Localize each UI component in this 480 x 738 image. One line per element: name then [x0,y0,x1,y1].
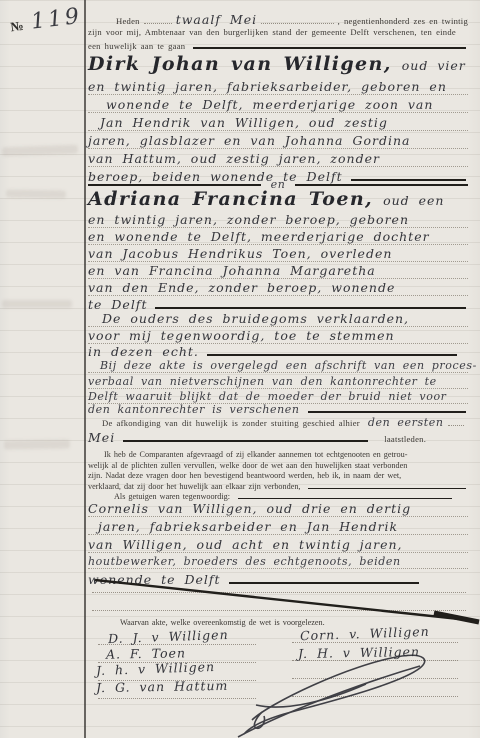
consent-line: in dezen echt. [88,344,468,359]
witness-line: jaren, fabrieksarbeider en Jan Hendrik [88,519,468,535]
bride-name-suffix: oud een [383,193,444,208]
text: van Willigen, oud acht en twintig jaren, [88,537,403,552]
text: in dezen echt. [88,344,199,359]
signature-text: J. h. v Willigen [96,659,216,678]
printed-text: Als getuigen waren tegenwoordig: [114,492,230,501]
consent-line: De ouders des bruidegoms verklaarden, [88,311,468,327]
text: verbaal van nietverschijnen van den kant… [88,375,437,388]
ink-rule [295,184,468,186]
signature-bride: A. F. Toen [106,645,186,661]
text: Cornelis van Willigen, oud drie en derti… [88,501,411,516]
signature-text: Corn. v. Willigen [300,624,430,644]
ink-rule [207,354,457,356]
text: De ouders des bruidegoms verklaarden, [102,311,409,326]
dotted-fill [261,23,333,24]
text: en wonende te Delft, meerderjarige docht… [88,229,430,244]
groom-name: Dirk Johan van Willigen, [88,53,392,75]
consent-line: voor mij tegenwoordig, toe te stemmen [88,328,468,344]
blank-dotted-line [92,610,466,611]
text: te Delft [88,297,147,312]
marriage-certificate-scan: № 119 Heden twaalf Mei , negentienhonder… [0,0,480,738]
printed-text: Waarvan akte, welke overeenkomstig de we… [120,618,325,627]
attachment-line: verbaal van nietverschijnen van den kant… [88,375,468,389]
blank-dotted-line [92,592,466,593]
text: voor mij tegenwoordig, toe te stemmen [88,328,395,343]
groom-detail-line: wonende te Delft, meerderjarige zoon van [88,97,468,113]
bleed-through-ghost [2,300,72,308]
intro-line-date: Heden twaalf Mei , negentienhonderd zes … [88,12,468,27]
declaration-line: zijn. Nadat deze vragen door hen bevesti… [88,471,468,480]
text: jaren, glasblazer en van Johanna Gordina [88,133,410,148]
printed-text: De afkondiging van dit huwelijk is zonde… [102,418,360,428]
printed-text: welijk al de plichten zullen vervullen, … [88,461,407,470]
margin-divider-line [84,0,86,738]
text: houtbewerker, broeders des echtgenoots, … [88,555,401,568]
witness-line: houtbewerker, broeders des echtgenoots, … [88,555,468,569]
act-number-value: 119 [30,4,84,35]
ink-rule [238,498,452,499]
witness-line: Cornelis van Willigen, oud drie en derti… [88,501,468,517]
groom-detail-line: Jan Hendrik van Willigen, oud zestig [88,115,468,131]
attachment-line: Delft waaruit blijkt dat de moeder der b… [88,390,468,404]
ink-rule [308,411,466,413]
signature-text: J. H. v Willigen [298,644,420,661]
ink-rule [155,307,466,309]
groom-name-line: Dirk Johan van Willigen, oud vier [88,53,468,75]
text: van den Ende, zonder beroep, wonende [88,280,395,295]
bride-name: Adriana Francina Toen, [88,188,373,210]
bride-name-line: Adriana Francina Toen, oud een [88,188,468,210]
text: en twintig jaren, zonder beroep, geboren [88,212,409,227]
printed-text: zijn. Nadat deze vragen door hen bevesti… [88,471,401,480]
dotted-fill [448,425,464,426]
signature-witness-1: Corn. v. Willigen [300,624,430,644]
ink-rule [229,582,419,584]
numero-sign: № [10,18,25,35]
handwritten-date: twaalf Mei [176,12,257,27]
signature-line [98,698,256,699]
text: van Hattum, oud zestig jaren, zonder [88,151,380,166]
text: wonende te Delft, meerderjarige zoon van [106,97,433,112]
intro-line-2: zijn voor mij, Ambtenaar van den burgerl… [88,27,468,37]
printed-text: Ik heb de Comparanten afgevraagd of zij … [104,450,407,459]
text: Jan Hendrik van Willigen, oud zestig [100,115,388,130]
bride-detail-line: en wonende te Delft, meerderjarige docht… [88,229,468,245]
bride-detail-line: van den Ende, zonder beroep, wonende [88,280,468,296]
text: van Jacobus Hendrikus Toen, overleden [88,246,392,261]
act-number: № 119 [9,4,84,38]
proclamation-line-2: Mei laatstleden. [88,430,468,445]
attachment-line: Bij deze akte is overgelegd een afschrif… [88,359,468,373]
text: Bij deze akte is overgelegd een afschrif… [100,359,477,372]
bleed-through-ghost [6,189,66,198]
ink-rule [123,440,368,442]
bride-detail-line: te Delft [88,297,468,312]
declaration-line: verklaard, dat zij door het huwelijk aan… [88,482,468,491]
declaration-line: Ik heb de Comparanten afgevraagd of zij … [88,450,468,459]
signature-witness-2: J. H. v Willigen [298,644,420,661]
signature-text: J. G. van Hattum [96,678,229,695]
text: den kantonrechter is verschenen [88,403,300,416]
heden-label: Heden [116,16,140,26]
signature-father-groom: J. h. v Willigen [96,659,216,678]
bleed-through-ghost [2,145,78,157]
witness-intro-line: Als getuigen waren tegenwoordig: [88,492,468,501]
printed-text: zijn voor mij, Ambtenaar van den burgerl… [88,27,456,37]
dotted-fill [144,23,172,24]
proclamation-line-1: De afkondiging van dit huwelijk is zonde… [88,416,468,429]
ink-rule [308,488,466,489]
ink-rule [88,184,261,186]
signature-text: A. F. Toen [106,645,186,661]
witness-line: wonende te Delft [88,572,468,587]
printed-text: verklaard, dat zij door het huwelijk aan… [88,482,300,491]
text: jaren, fabrieksarbeider en Jan Hendrik [98,519,398,534]
printed-year: , negentienhonderd zes en twintig [338,16,468,26]
text: Delft waaruit blijkt dat de moeder der b… [88,390,447,403]
bride-detail-line: van Jacobus Hendrikus Toen, overleden [88,246,468,262]
text: en van Francina Johanna Margaretha [88,263,376,278]
attachment-line: den kantonrechter is verschenen [88,403,468,416]
declaration-line: welijk al de plichten zullen vervullen, … [88,461,468,470]
groom-detail-line: van Hattum, oud zestig jaren, zonder [88,151,468,167]
printed-text: laatstleden. [384,434,426,444]
witness-line: van Willigen, oud acht en twintig jaren, [88,537,468,553]
bride-detail-line: en van Francina Johanna Margaretha [88,263,468,279]
printed-text: een huwelijk aan te gaan [88,41,185,51]
groom-detail-line: jaren, glasblazer en van Johanna Gordina [88,133,468,149]
groom-name-suffix: oud vier [402,58,466,73]
text: wonende te Delft [88,572,221,587]
handwritten-proclamation-date: den eersten [368,416,444,429]
text: en twintig jaren, fabrieksarbeider, gebo… [88,79,447,94]
ink-rule [193,47,466,49]
signature-mother-groom: J. G. van Hattum [96,678,229,695]
bleed-through-ghost [4,439,70,449]
handwritten-month: Mei [88,430,115,445]
groom-detail-line: en twintig jaren, fabrieksarbeider, gebo… [88,79,468,95]
signature-line [292,678,458,679]
intro-line-3: een huwelijk aan te gaan [88,41,468,52]
bride-detail-line: en twintig jaren, zonder beroep, geboren [88,212,468,228]
signature-line [292,696,458,697]
